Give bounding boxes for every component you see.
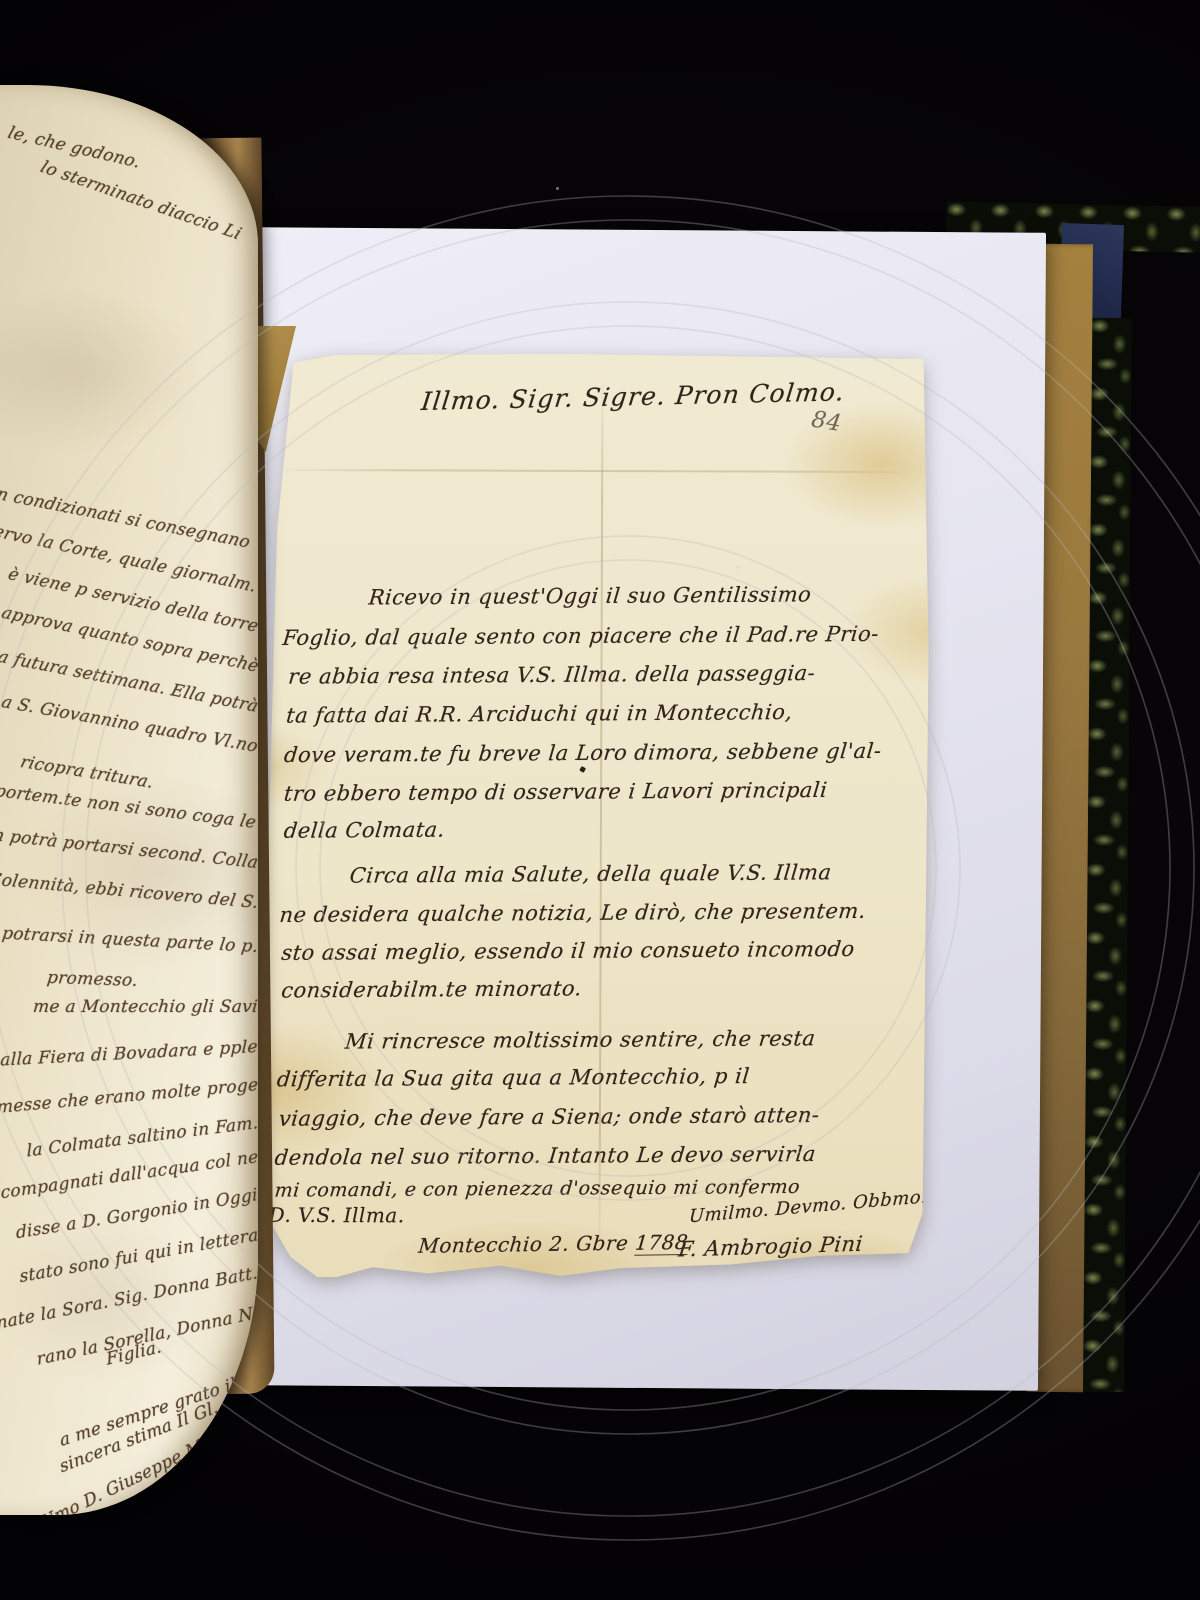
letter-page: Illmo. Sigr. Sigre. Pron Colmo. 84 Ricev… — [262, 352, 934, 1278]
dust-speck — [736, 566, 739, 569]
signature: F. Ambrogio Pini — [677, 1232, 864, 1262]
left-page-line: messe che erano molte proge — [0, 1075, 258, 1118]
letter-line: considerabilm.te minorato. — [280, 976, 583, 1002]
left-page-line: non potrà portarsi second. Colla — [0, 823, 258, 873]
letter-line: Ricevo in quest'Oggi il suo Gentilissimo — [368, 582, 813, 609]
left-page-line: lo sterminato diaccio Li — [37, 157, 244, 244]
letter-line: ne desidera qualche notizia, Le dirò, ch… — [278, 899, 867, 927]
letter-line: della Colmata. — [283, 818, 446, 843]
left-page-line: ca p potrarsi in questa parte lo p. — [0, 921, 258, 957]
left-page-line: le, che godono. — [5, 123, 143, 173]
letter-line: dendola nel suo ritorno. Intanto Le devo… — [274, 1142, 817, 1170]
letter-line: differita la Sua gita qua a Montecchio, … — [276, 1064, 751, 1091]
vertical-fold-crease — [598, 366, 603, 1264]
letter-line: mi comandi, e con pienezza d'ossequio mi… — [274, 1176, 802, 1202]
folio-number: 84 — [809, 407, 843, 438]
letter-line: viaggio, che deve fare a Siena; onde sta… — [278, 1103, 821, 1131]
letter-line: Foglio, dal quale sento con piacere che … — [281, 622, 880, 650]
letter-line: sto assai meglio, essendo il mio consuet… — [280, 937, 856, 965]
left-page-line: Solennità, ebbi ricovero del S. — [0, 870, 258, 913]
letter-line: Circa alla mia Salute, della quale V.S. … — [349, 860, 833, 887]
horizontal-fold-crease — [273, 469, 921, 473]
letter-line: ta fatta dai R.R. Arciduchi qui in Monte… — [285, 700, 794, 728]
letter-line: Mi rincresce moltissimo sentire, che res… — [344, 1026, 817, 1053]
left-book-page: le, che godono. lo sterminato diaccio Li… — [0, 85, 258, 1515]
letter-line: tro ebbero tempo di osservare i Lavori p… — [283, 778, 829, 806]
dateline-place: Montecchio 2. Gbre — [417, 1231, 636, 1258]
left-page-line: me a Montecchio gli Savi — [32, 997, 258, 1017]
left-page-line: alla Fiera di Bovadara e pple — [0, 1037, 258, 1071]
archive-photo: { "photo": { "colors": { "background": "… — [0, 0, 1200, 1600]
left-page-line: promesso. — [46, 968, 139, 991]
letter-line: dove veram.te fu breve la Loro dimora, s… — [283, 739, 883, 767]
closing-address: D. V.S. Illma. — [269, 1203, 405, 1227]
dateline: Montecchio 2. Gbre 1788 — [417, 1230, 689, 1258]
letter-heading: Illmo. Sigr. Sigre. Pron Colmo. — [420, 377, 847, 416]
ink-speck — [579, 766, 586, 773]
letter-line: re abbia resa intesa V.S. Illma. della p… — [287, 661, 816, 689]
dust-speck — [556, 187, 559, 190]
